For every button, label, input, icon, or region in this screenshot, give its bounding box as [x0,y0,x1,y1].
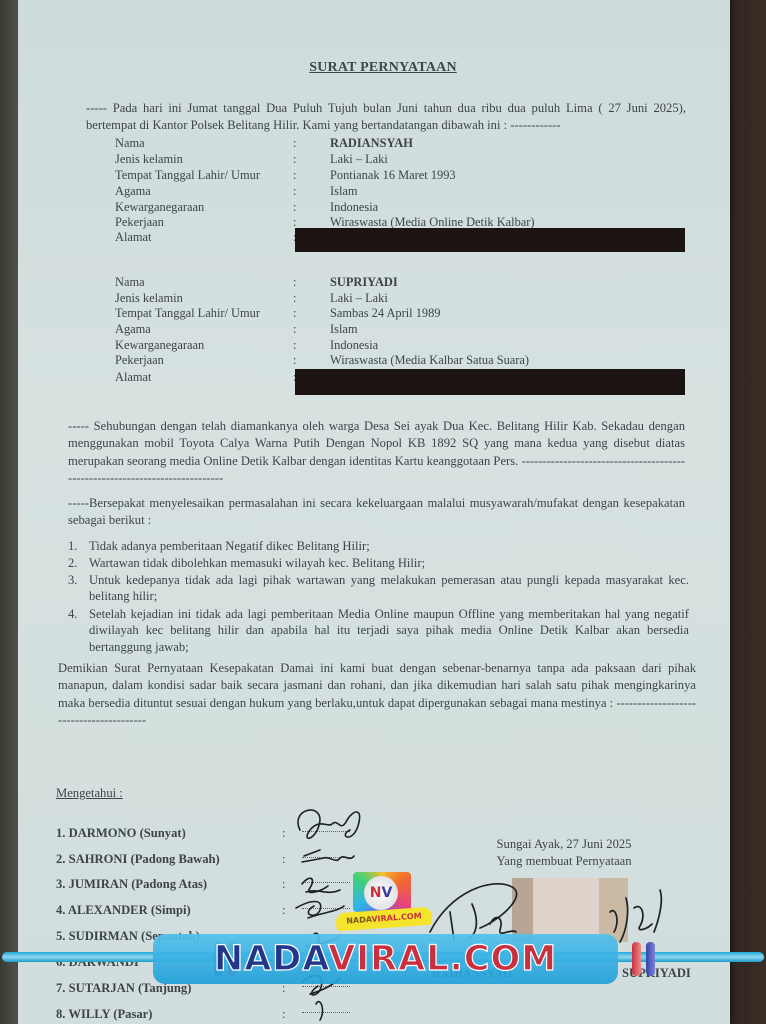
party1-ttl-row: Tempat Tanggal Lahir/ Umur : Pontianak 1… [115,167,695,183]
brand-part1: NADA [214,939,328,979]
ribbon-part1: NADA [346,915,372,926]
party1-ttl: Pontianak 16 Maret 1993 [330,167,456,183]
item-text: Setelah kejadian ini tidak ada lagi pemb… [89,606,689,655]
ribbon-part2: VIRAL.COM [371,911,422,923]
label-jenis-kelamin: Jenis kelamin [115,290,183,306]
party1-alamat-redaction [295,228,685,252]
label-alamat: Alamat [115,229,151,245]
label-kewarganegaraan: Kewarganegaraan [115,337,204,353]
item-text: Untuk kedepanya tidak ada lagi pihak war… [89,572,689,605]
colon: : [282,826,286,841]
signature-line [302,1012,350,1013]
party2-pekerjaan-row: Pekerjaan : Wiraswasta (Media Kalbar Sat… [115,352,695,368]
party2-ttl: Sambas 24 April 1989 [330,305,440,321]
maker-label: Yang membuat Pernyataan [474,854,654,869]
label-alamat: Alamat [115,369,151,385]
witness-row: 1. DARMONO (Sunyat): [56,826,416,844]
watermark-pill-red [632,942,641,976]
item-text: Tidak adanya pemberitaan Negatif dikec B… [89,538,689,554]
witness-row: 8. WILLY (Pasar): [56,1007,416,1024]
party1-jenis-kelamin: Laki – Laki [330,151,388,167]
party2-pekerjaan: Wiraswasta (Media Kalbar Satua Suara) [330,352,529,368]
colon: : [293,321,296,337]
signature-line [302,857,350,858]
colon: : [293,352,296,368]
colon: : [293,305,296,321]
colon: : [293,151,296,167]
party1-gender-row: Jenis kelamin : Laki – Laki [115,151,695,167]
label-ttl: Tempat Tanggal Lahir/ Umur [115,167,260,183]
colon: : [282,852,286,867]
intro-paragraph: ----- Pada hari ini Jumat tanggal Dua Pu… [86,100,686,135]
logo-letter-v: V [381,885,392,901]
label-pekerjaan: Pekerjaan [115,214,164,230]
incident-paragraph: ----- Sehubungan dengan telah diamankany… [68,418,685,487]
party2-jenis-kelamin: Laki – Laki [330,290,388,306]
revenue-stamp [512,878,628,942]
colon: : [293,274,296,290]
place-date: Sungai Ayak, 27 Juni 2025 [474,837,654,852]
colon: : [293,167,296,183]
party2-alamat-redaction [295,369,685,395]
closing-paragraph: Demikian Surat Pernyataan Kesepakatan Da… [58,660,696,729]
label-pekerjaan: Pekerjaan [115,352,164,368]
witness-name: 2. SAHRONI (Padong Bawah) [56,852,220,867]
witness-name: 4. ALEXANDER (Simpi) [56,903,191,918]
colon: : [293,135,296,151]
party1-agama: Islam [330,183,358,199]
witness-row: 2. SAHRONI (Padong Bawah): [56,852,416,870]
party1-kewarganegaraan-row: Kewarganegaraan : Indonesia [115,199,695,215]
colon: : [293,183,296,199]
party2-ttl-row: Tempat Tanggal Lahir/ Umur : Sambas 24 A… [115,305,695,321]
item-text: Wartawan tidak dibolehkan memasuki wilay… [89,555,689,571]
party1-nama: RADIANSYAH [330,135,413,151]
label-kewarganegaraan: Kewarganegaraan [115,199,204,215]
witness-name: 3. JUMIRAN (Padong Atas) [56,877,207,892]
statement-document: SURAT PERNYATAAN ----- Pada hari ini Jum… [0,0,766,1024]
colon: : [293,337,296,353]
label-nama: Nama [115,135,145,151]
party2-nama: SUPRIYADI [330,274,398,290]
signature-line [302,986,350,987]
item-number: 3. [68,572,77,588]
signature-line [302,831,350,832]
agreement-intro-paragraph: -----Bersepakat menyelesaikan permasalah… [68,495,685,530]
colon: : [293,290,296,306]
colon: : [282,903,286,918]
logo-letter-n: N [370,885,382,901]
brand-part2: VIRAL.COM [328,939,557,979]
label-ttl: Tempat Tanggal Lahir/ Umur [115,305,260,321]
party1-kewarganegaraan: Indonesia [330,199,378,215]
label-agama: Agama [115,183,151,199]
label-jenis-kelamin: Jenis kelamin [115,151,183,167]
party2-agama: Islam [330,321,358,337]
party2-nama-row: Nama : SUPRIYADI [115,274,695,290]
party2-gender-row: Jenis kelamin : Laki – Laki [115,290,695,306]
witness-name: 1. DARMONO (Sunyat) [56,826,186,841]
party1-nama-row: Nama : RADIANSYAH [115,135,695,151]
document-title: SURAT PERNYATAAN [0,60,766,76]
party2-kewarganegaraan: Indonesia [330,337,378,353]
colon: : [282,877,286,892]
item-number: 2. [68,555,77,571]
party2-agama-row: Agama : Islam [115,321,695,337]
watermark-brand-text: NADAVIRAL.COM [153,934,618,984]
signature-line [302,882,350,883]
party2-kewarganegaraan-row: Kewarganegaraan : Indonesia [115,337,695,353]
colon: : [293,199,296,215]
label-nama: Nama [115,274,145,290]
item-number: 4. [68,606,77,622]
witness-heading: Mengetahui : [56,786,123,801]
watermark-pill-blue [646,942,655,976]
signature-line [302,908,350,909]
nv-logo-emblem: NV [364,876,398,910]
label-agama: Agama [115,321,151,337]
witness-name: 8. WILLY (Pasar) [56,1007,152,1022]
item-number: 1. [68,538,77,554]
party1-agama-row: Agama : Islam [115,183,695,199]
colon: : [282,1007,286,1022]
